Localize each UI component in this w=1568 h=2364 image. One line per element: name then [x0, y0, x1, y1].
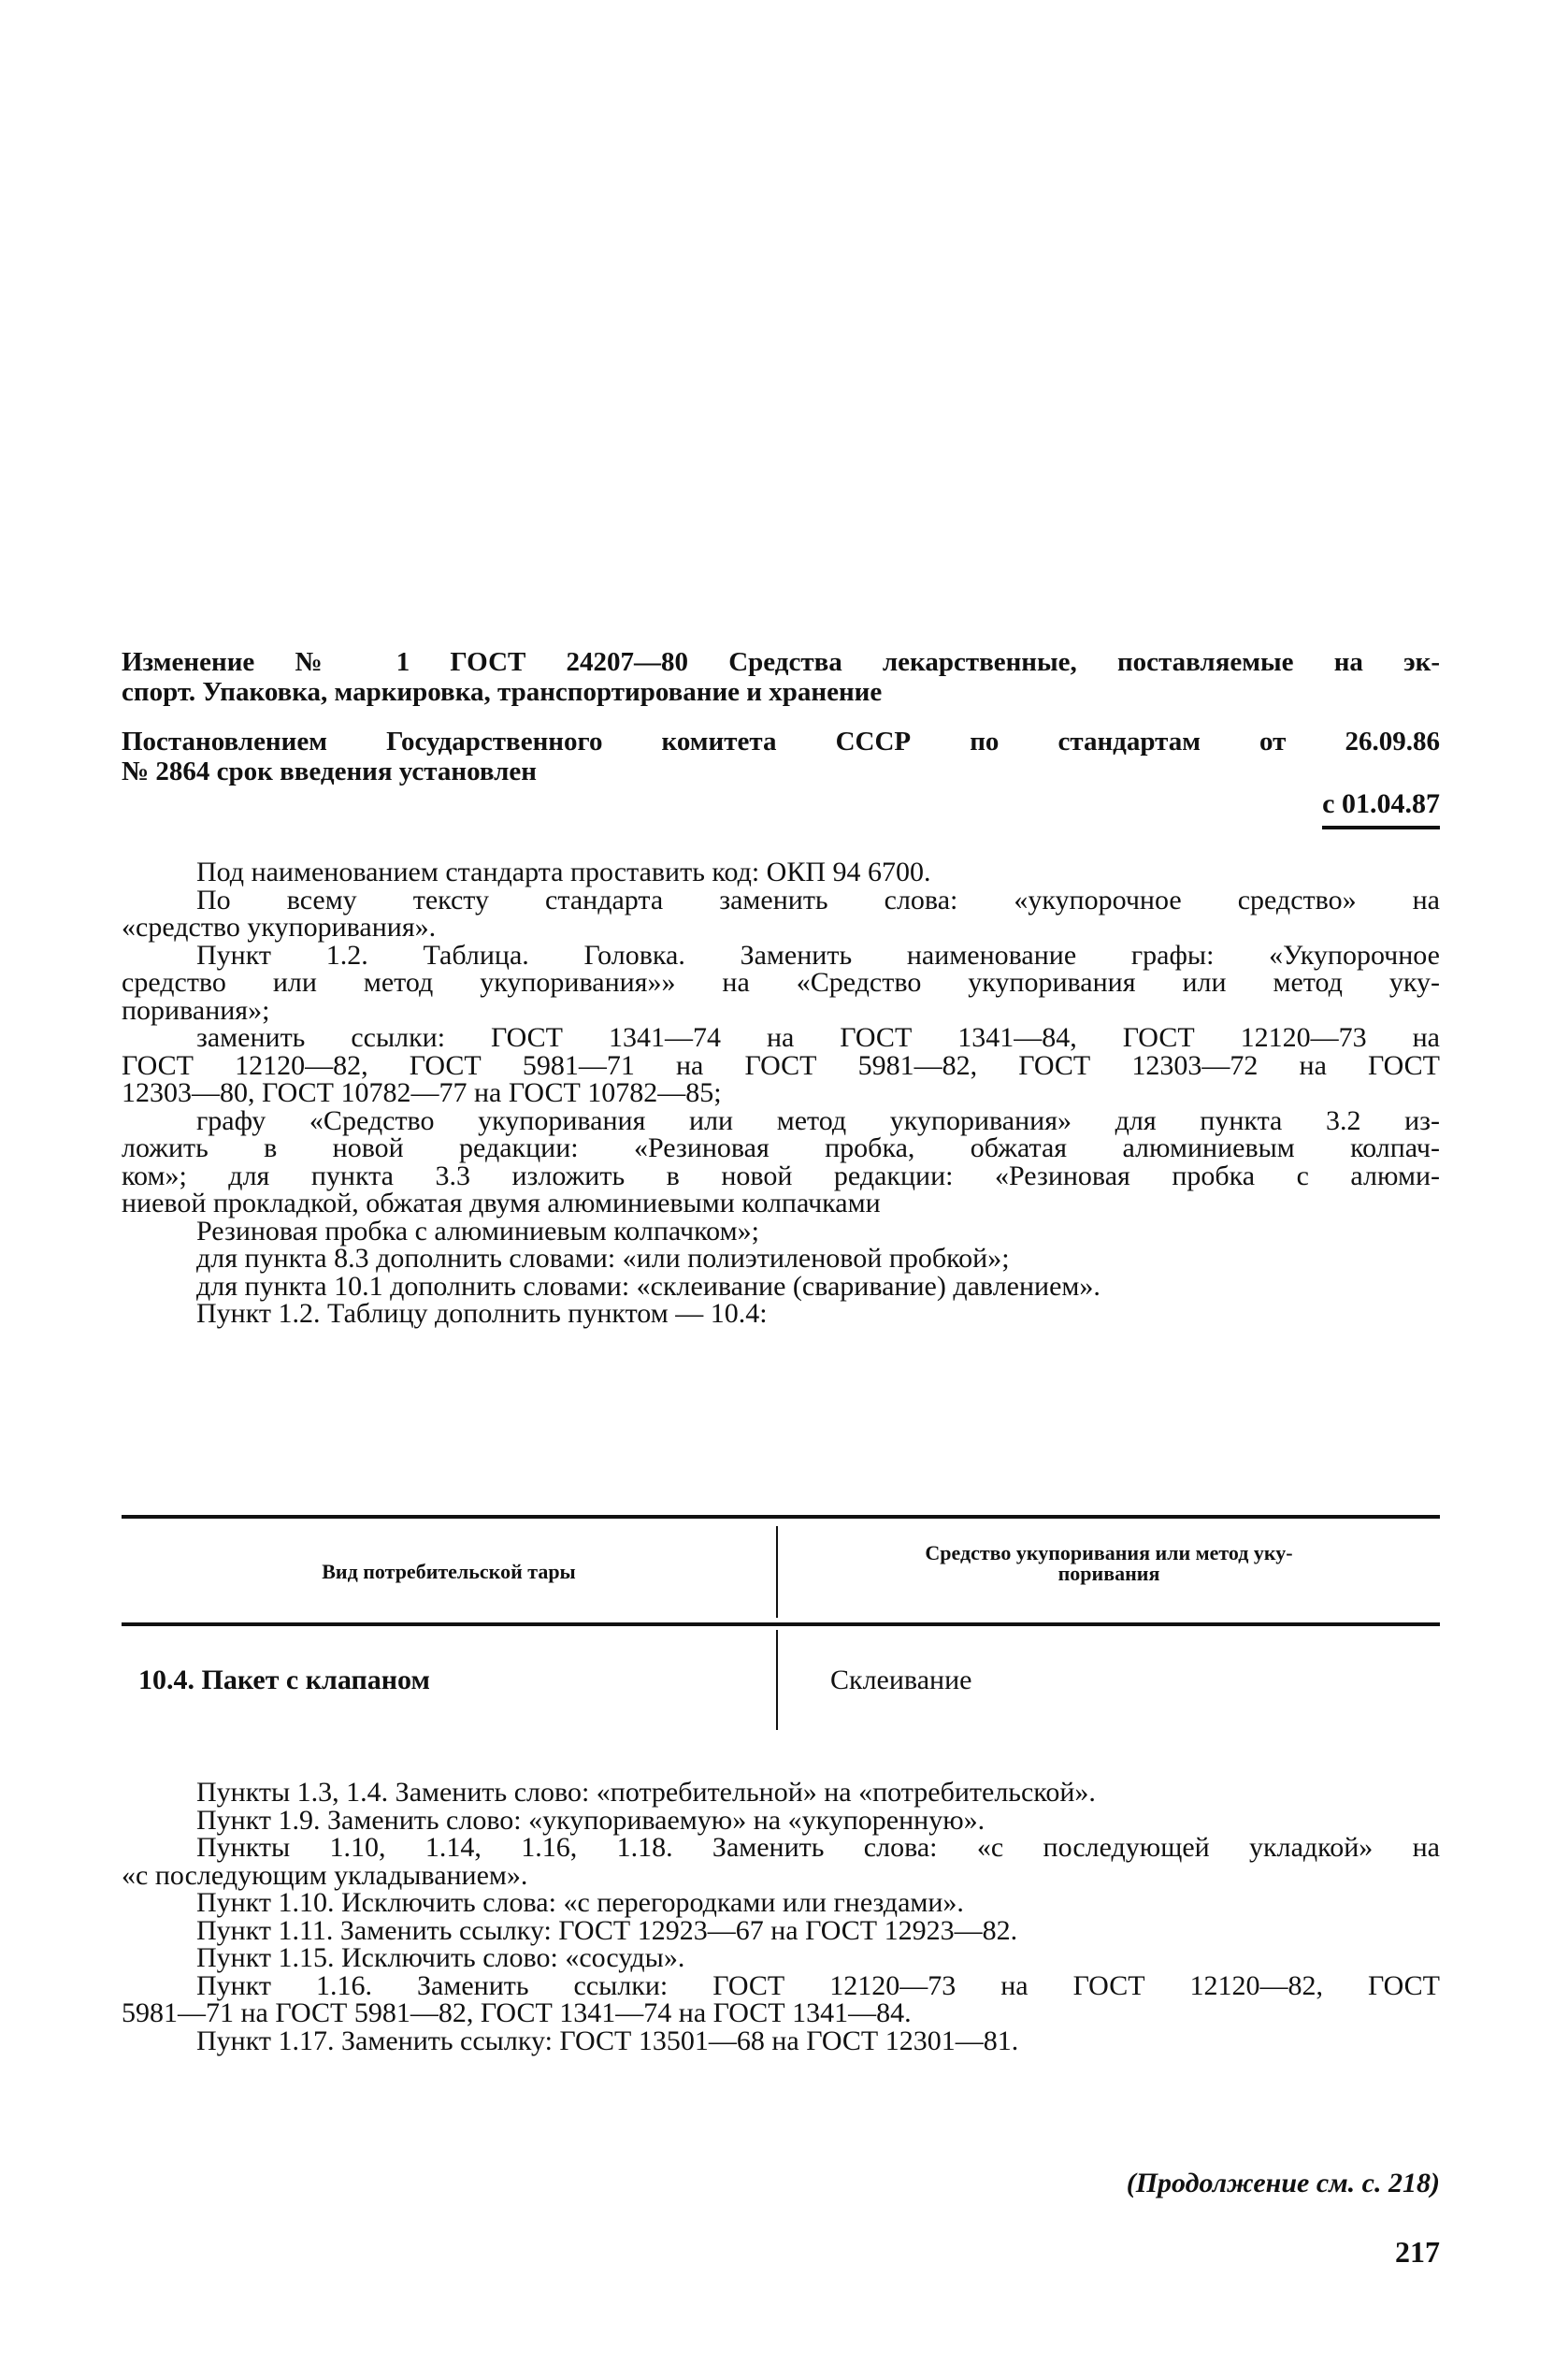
paragraph: Пункт 1.16. Заменить ссылки: ГОСТ 12120—… — [122, 1972, 1440, 2027]
text-line: Пункт 1.17. Заменить ссылку: ГОСТ 13501—… — [122, 2027, 1440, 2055]
text-line: средство или метод укупоривания»» на «Ср… — [122, 969, 1440, 997]
text-line: для пункта 10.1 дополнить словами: «скле… — [122, 1273, 1440, 1301]
amendment-title: Изменение № 1 ГОСТ 24207—80 Средства лек… — [122, 647, 1440, 707]
header-line: поривания — [1058, 1562, 1160, 1585]
table-header-rule — [122, 1622, 1440, 1626]
table-top-rule — [122, 1515, 1440, 1519]
column-divider — [776, 1630, 778, 1730]
paragraph: Резиновая пробка с алюминиевым колпачком… — [122, 1218, 1440, 1246]
text-line: графу «Средство укупоривания или метод у… — [122, 1107, 1440, 1135]
paragraph: Пункт 1.9. Заменить слово: «укупориваему… — [122, 1807, 1440, 1835]
text-line: для пункта 8.3 дополнить словами: «или п… — [122, 1245, 1440, 1273]
text-line: Пункт 1.16. Заменить ссылки: ГОСТ 12120—… — [122, 1972, 1440, 2000]
text-line: Пункт 1.9. Заменить слово: «укупориваему… — [122, 1807, 1440, 1835]
paragraph: Под наименованием стандарта проставить к… — [122, 858, 1440, 886]
title-line: спорт. Упаковка, маркировка, транспортир… — [122, 677, 1440, 707]
paragraph: Пункт 1.2. Таблицу дополнить пунктом — 1… — [122, 1300, 1440, 1328]
text-line: Пункт 1.10. Исключить слова: «с перегоро… — [122, 1889, 1440, 1917]
body-bottom: Пункты 1.3, 1.4. Заменить слово: «потреб… — [122, 1779, 1440, 2054]
decree-line: Постановлением Государственного комитета… — [122, 727, 1440, 757]
column-header-closure: Средство укупоривания или метод уку- пор… — [778, 1543, 1440, 1584]
text-line: 5981—71 на ГОСТ 5981—82, ГОСТ 1341—74 на… — [122, 1999, 1440, 2027]
text-line: Пункты 1.10, 1.14, 1.16, 1.18. Заменить … — [122, 1834, 1440, 1862]
title-line: Изменение № 1 ГОСТ 24207—80 Средства лек… — [122, 647, 1440, 677]
body-top: Под наименованием стандарта проставить к… — [122, 858, 1440, 1328]
decree-line: № 2864 срок введения установлен — [122, 757, 1440, 786]
paragraph: для пункта 8.3 дополнить словами: «или п… — [122, 1245, 1440, 1273]
effective-date: с 01.04.87 — [1322, 788, 1440, 829]
column-header-container-type: Вид потребительской тары — [122, 1562, 776, 1582]
paragraph: заменить ссылки: ГОСТ 1341—74 на ГОСТ 13… — [122, 1024, 1440, 1107]
paragraph: для пункта 10.1 дополнить словами: «скле… — [122, 1273, 1440, 1301]
paragraph: Пункты 1.10, 1.14, 1.16, 1.18. Заменить … — [122, 1834, 1440, 1889]
decree-text: Постановлением Государственного комитета… — [122, 727, 1440, 786]
text-line: Пункт 1.2. Таблица. Головка. Заменить на… — [122, 942, 1440, 970]
paragraph: Пункт 1.15. Исключить слово: «сосуды». — [122, 1944, 1440, 1972]
text-line: По всему тексту стандарта заменить слова… — [122, 886, 1440, 915]
paragraph: графу «Средство укупоривания или метод у… — [122, 1107, 1440, 1218]
text-line: «с последующим укладыванием». — [122, 1862, 1440, 1890]
text-line: Пункт 1.2. Таблицу дополнить пунктом — 1… — [122, 1300, 1440, 1328]
text-line: «средство укупоривания». — [122, 914, 1440, 942]
page-number: 217 — [1395, 2235, 1440, 2270]
text-line: Пункты 1.3, 1.4. Заменить слово: «потреб… — [122, 1779, 1440, 1807]
text-line: ГОСТ 12120—82, ГОСТ 5981—71 на ГОСТ 5981… — [122, 1052, 1440, 1080]
paragraph: Пункт 1.17. Заменить ссылку: ГОСТ 13501—… — [122, 2027, 1440, 2055]
text-line: ниевой прокладкой, обжатая двумя алюмини… — [122, 1189, 1440, 1218]
table-cell: 10.4. Пакет с клапаном — [138, 1665, 430, 1696]
text-line: заменить ссылки: ГОСТ 1341—74 на ГОСТ 13… — [122, 1024, 1440, 1052]
text-line: 12303—80, ГОСТ 10782—77 на ГОСТ 10782—85… — [122, 1079, 1440, 1107]
text-line: Пункт 1.11. Заменить ссылку: ГОСТ 12923—… — [122, 1917, 1440, 1945]
text-line: поривания»; — [122, 997, 1440, 1025]
paragraph: Пункт 1.2. Таблица. Головка. Заменить на… — [122, 942, 1440, 1025]
continuation-note: (Продолжение см. с. 218) — [1127, 2168, 1440, 2199]
text-line: Пункт 1.15. Исключить слово: «сосуды». — [122, 1944, 1440, 1972]
text-line: ком»; для пункта 3.3 изложить в новой ре… — [122, 1162, 1440, 1190]
paragraph: Пункт 1.10. Исключить слова: «с перегоро… — [122, 1889, 1440, 1917]
paragraph: Пункт 1.11. Заменить ссылку: ГОСТ 12923—… — [122, 1917, 1440, 1945]
paragraph: По всему тексту стандарта заменить слова… — [122, 886, 1440, 942]
table-cell: Склеивание — [830, 1665, 971, 1696]
amendment-table: Вид потребительской тары Средство укупор… — [122, 1515, 1440, 1730]
text-line: ложить в новой редакции: «Резиновая проб… — [122, 1134, 1440, 1162]
paragraph: Пункты 1.3, 1.4. Заменить слово: «потреб… — [122, 1779, 1440, 1807]
text-line: Под наименованием стандарта проставить к… — [122, 858, 1440, 886]
text-line: Резиновая пробка с алюминиевым колпачком… — [122, 1218, 1440, 1246]
